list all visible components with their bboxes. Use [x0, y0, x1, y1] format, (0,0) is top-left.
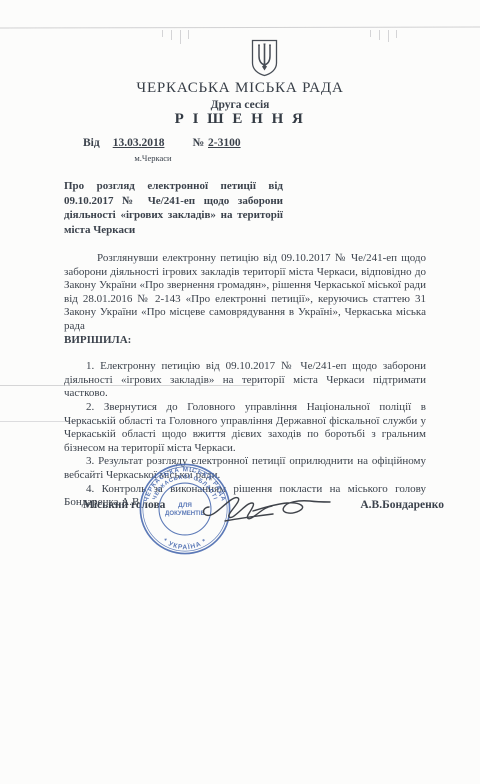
resolution-item-1: 1. Електронну петицію від 09.10.2017 № Ч… — [64, 360, 426, 401]
signer-name: А.В.Бондаренко — [360, 499, 444, 511]
ukraine-trident-emblem-icon — [250, 39, 279, 77]
preamble-paragraph: Розглянувши електронну петицію від 09.10… — [64, 252, 426, 334]
subject-paragraph: Про розгляд електронної петиції від 09.1… — [64, 179, 283, 237]
scan-artifact-tick — [180, 30, 181, 44]
resolution-item-2: 2. Звернутися до Головного управління На… — [64, 401, 426, 455]
stamp-bottom-text: * УКРАЇНА * — [161, 537, 208, 551]
stamp-center-line1: ДЛЯ — [178, 502, 192, 509]
scan-artifact-tick — [396, 30, 397, 38]
number-value: 2-3100 — [208, 137, 241, 149]
date-number-line: Від13.03.2018№2-3100 — [83, 137, 241, 149]
handwritten-signature-icon — [197, 477, 339, 535]
document-body: Розглянувши електронну петицію від 09.10… — [64, 252, 426, 510]
svg-text:* УКРАЇНА *: * УКРАЇНА * — [161, 537, 208, 551]
place-line: м.Черкаси — [103, 153, 203, 163]
document-type-title: Р І Ш Е Н Н Я — [0, 111, 480, 128]
scan-artifact-tick — [162, 30, 163, 37]
scan-artifact-tick — [171, 30, 172, 40]
session-subtitle: Друга сесія — [0, 99, 480, 111]
scan-artifact-tick — [379, 30, 380, 40]
scan-artifact-tick — [370, 30, 371, 37]
number-label: № — [192, 137, 204, 149]
scan-artifact-tick — [388, 30, 389, 42]
resolved-heading: ВИРІШИЛА: — [64, 334, 426, 348]
scan-artifact-line — [0, 26, 480, 28]
scan-artifact-tick — [188, 30, 189, 39]
date-label: Від — [83, 137, 100, 149]
date-value: 13.03.2018 — [113, 137, 165, 149]
scanned-decision-document: ЧЕРКАСЬКА МІСЬКА РАДА Друга сесія Р І Ш … — [0, 0, 480, 784]
council-title: ЧЕРКАСЬКА МІСЬКА РАДА — [0, 80, 480, 97]
